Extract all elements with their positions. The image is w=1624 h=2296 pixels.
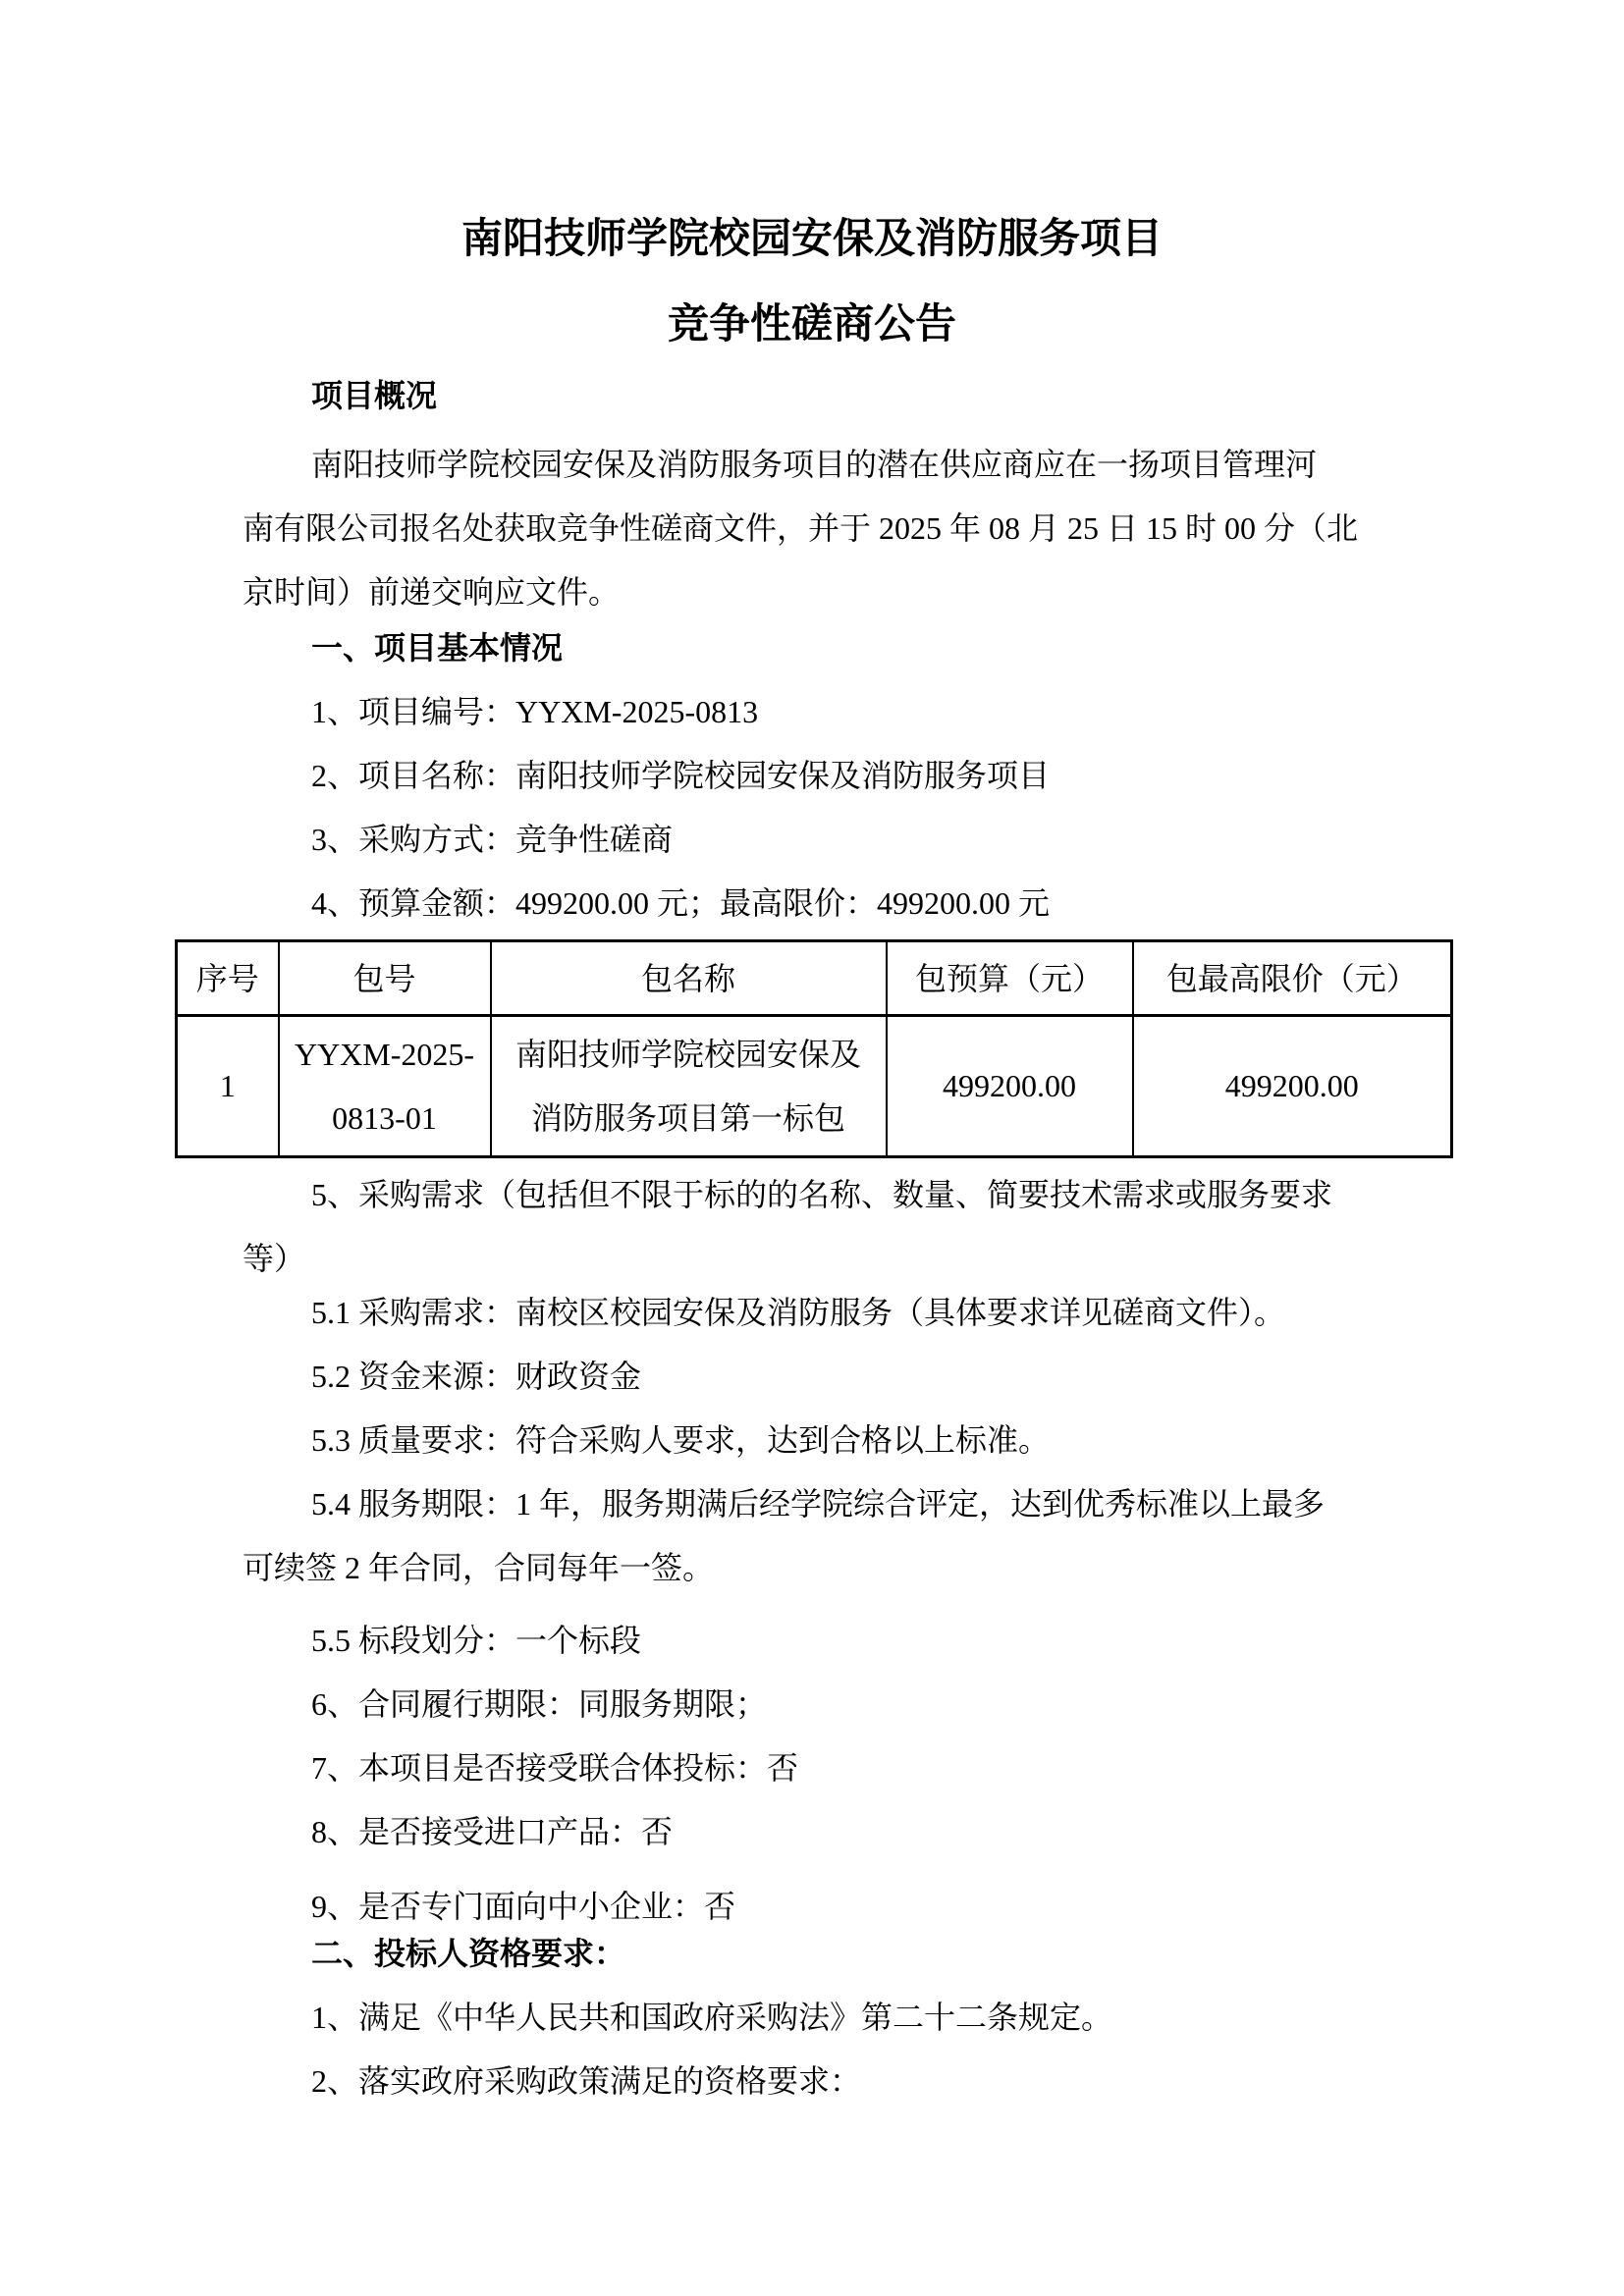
intro-line-2: 南有限公司报名处获取竞争性磋商文件，并于 2025 年 08 月 25 日 15… — [243, 497, 1381, 561]
package-no-line-2: 0813-01 — [280, 1087, 490, 1150]
item-8-imported-products: 8、是否接受进口产品：否 — [243, 1800, 1381, 1864]
item-5-5-sections: 5.5 标段划分：一个标段 — [243, 1609, 1381, 1673]
intro-line-3: 京时间）前递交响应文件。 — [243, 561, 1381, 624]
header-package-name: 包名称 — [491, 941, 887, 1016]
item-law-article-22: 1、满足《中华人民共和国政府采购法》第二十二条规定。 — [243, 1986, 1381, 2050]
header-package-no: 包号 — [279, 941, 491, 1016]
item-project-name: 2、项目名称：南阳技师学院校园安保及消防服务项目 — [243, 744, 1381, 808]
item-5-3-quality: 5.3 质量要求：符合采购人要求，达到合格以上标准。 — [243, 1409, 1381, 1472]
section2-heading: 二、投标人资格要求： — [243, 1922, 1381, 1986]
doc-title: 南阳技师学院校园安保及消防服务项目 — [243, 214, 1381, 265]
section1-heading: 一、项目基本情况 — [243, 616, 1381, 680]
doc-subtitle: 竞争性磋商公告 — [243, 299, 1381, 350]
item-policy-requirements: 2、落实政府采购政策满足的资格要求： — [243, 2050, 1381, 2113]
item-procurement-demand-line-1: 5、采购需求（包括但不限于标的的名称、数量、简要技术需求或服务要求 — [243, 1163, 1381, 1227]
header-index: 序号 — [177, 941, 279, 1016]
item-project-number: 1、项目编号：YYXM-2025-0813 — [243, 680, 1381, 744]
package-name-line-1: 南阳技师学院校园安保及 — [492, 1023, 886, 1087]
item-5-4-service-term-line-1: 5.4 服务期限：1 年，服务期满后经学院综合评定，达到优秀标准以上最多 — [243, 1472, 1381, 1536]
overview-heading: 项目概况 — [243, 364, 1381, 428]
cell-package-name: 南阳技师学院校园安保及 消防服务项目第一标包 — [491, 1016, 887, 1157]
item-procurement-method: 3、采购方式：竞争性磋商 — [243, 808, 1381, 872]
package-table: 序号 包号 包名称 包预算（元） 包最高限价（元） 1 YYXM-2025- 0… — [175, 939, 1453, 1158]
item-7-consortium: 7、本项目是否接受联合体投标：否 — [243, 1736, 1381, 1800]
cell-max-price: 499200.00 — [1133, 1016, 1452, 1157]
header-package-max-price: 包最高限价（元） — [1133, 941, 1452, 1016]
package-name-line-2: 消防服务项目第一标包 — [492, 1087, 886, 1150]
item-5-4-service-term-line-2: 可续签 2 年合同，合同每年一签。 — [243, 1536, 1381, 1600]
intro-line-1: 南阳技师学院校园安保及消防服务项目的潜在供应商应在一扬项目管理河 — [243, 433, 1381, 497]
header-package-budget: 包预算（元） — [887, 941, 1133, 1016]
cell-package-no: YYXM-2025- 0813-01 — [279, 1016, 491, 1157]
package-table-header-row: 序号 包号 包名称 包预算（元） 包最高限价（元） — [177, 941, 1452, 1016]
item-5-2-funding: 5.2 资金来源：财政资金 — [243, 1345, 1381, 1409]
package-table-row: 1 YYXM-2025- 0813-01 南阳技师学院校园安保及 消防服务项目第… — [177, 1016, 1452, 1157]
item-5-1-demand: 5.1 采购需求：南校区校园安保及消防服务（具体要求详见磋商文件）。 — [243, 1281, 1381, 1345]
item-budget: 4、预算金额：499200.00 元；最高限价：499200.00 元 — [243, 872, 1381, 935]
cell-budget: 499200.00 — [887, 1016, 1133, 1157]
cell-index: 1 — [177, 1016, 279, 1157]
package-no-line-1: YYXM-2025- — [280, 1023, 490, 1087]
item-6-contract-term: 6、合同履行期限：同服务期限； — [243, 1673, 1381, 1736]
document-page: 南阳技师学院校园安保及消防服务项目 竞争性磋商公告 项目概况 南阳技师学院校园安… — [0, 0, 1624, 2296]
